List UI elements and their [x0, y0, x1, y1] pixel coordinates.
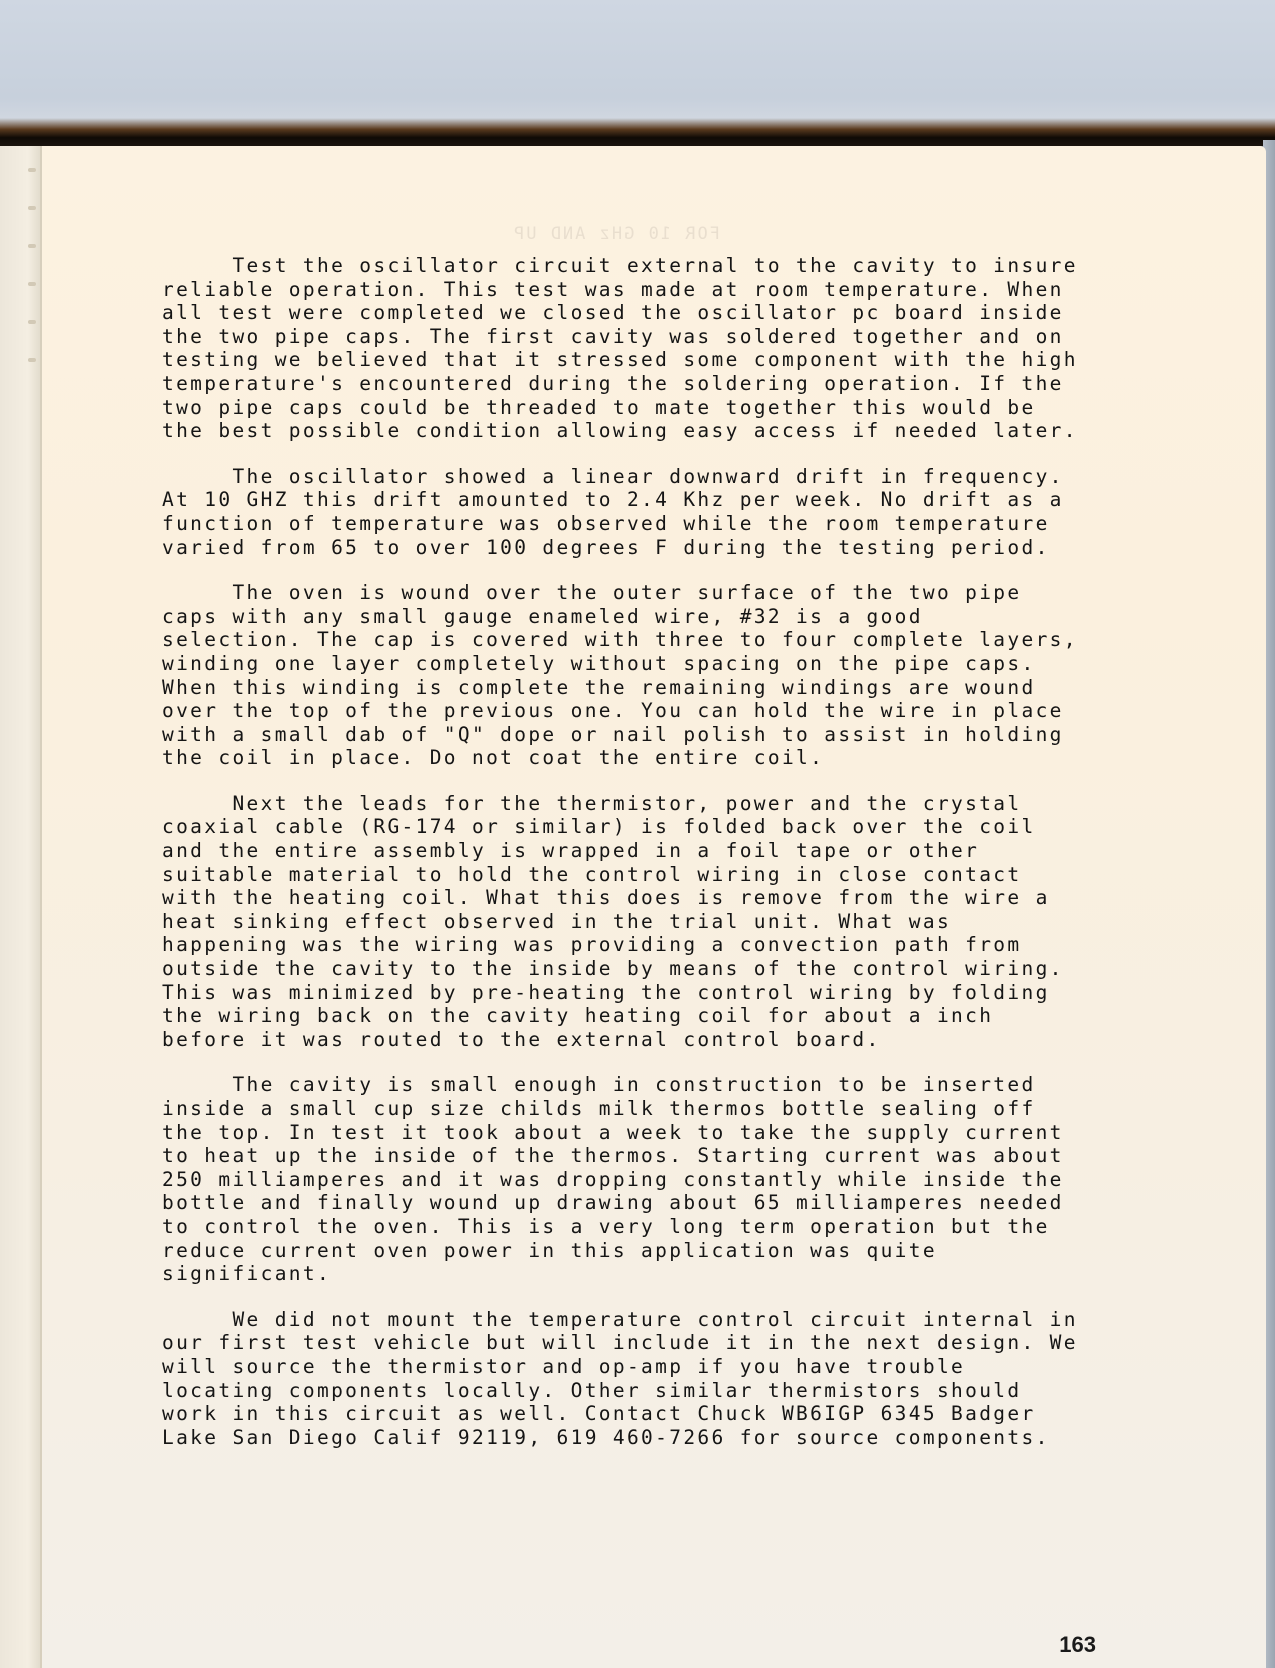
text-line: At 10 GHZ this drift amounted to 2.4 Khz…: [162, 488, 1162, 512]
text-line: winding one layer completely without spa…: [162, 652, 1162, 676]
binding-hole: [28, 282, 36, 286]
text-line: The oven is wound over the outer surface…: [162, 581, 1162, 605]
text-line: the coil in place. Do not coat the entir…: [162, 746, 1162, 770]
text-line: happening was the wiring was providing a…: [162, 933, 1162, 957]
paragraph: We did not mount the temperature control…: [162, 1308, 1162, 1450]
text-line: will source the thermistor and op-amp if…: [162, 1355, 1162, 1379]
page-top-shadow: [0, 118, 1275, 146]
text-line: The cavity is small enough in constructi…: [162, 1073, 1162, 1097]
binding-hole: [28, 206, 36, 210]
text-line: and the entire assembly is wrapped in a …: [162, 839, 1162, 863]
text-line: the wiring back on the cavity heating co…: [162, 1004, 1162, 1028]
binding-hole: [28, 320, 36, 324]
binding-hole: [28, 168, 36, 172]
text-line: to heat up the inside of the thermos. St…: [162, 1144, 1162, 1168]
text-line: locating components locally. Other simil…: [162, 1379, 1162, 1403]
paragraph: Next the leads for the thermistor, power…: [162, 792, 1162, 1052]
text-line: bottle and finally wound up drawing abou…: [162, 1191, 1162, 1215]
text-line: the two pipe caps. The first cavity was …: [162, 325, 1162, 349]
text-line: selection. The cap is covered with three…: [162, 628, 1162, 652]
text-line: inside a small cup size childs milk ther…: [162, 1097, 1162, 1121]
binding-hole: [28, 244, 36, 248]
text-line: all test were completed we closed the os…: [162, 301, 1162, 325]
text-line: heat sinking effect observed in the tria…: [162, 910, 1162, 934]
text-line: to control the oven. This is a very long…: [162, 1215, 1162, 1239]
text-line: reliable operation. This test was made a…: [162, 278, 1162, 302]
text-line: The oscillator showed a linear downward …: [162, 465, 1162, 489]
text-line: the top. In test it took about a week to…: [162, 1121, 1162, 1145]
text-line: varied from 65 to over 100 degrees F dur…: [162, 536, 1162, 560]
paragraph: The oven is wound over the outer surface…: [162, 581, 1162, 770]
text-line: We did not mount the temperature control…: [162, 1308, 1162, 1332]
paragraph: Test the oscillator circuit external to …: [162, 254, 1162, 443]
text-line: two pipe caps could be threaded to mate …: [162, 396, 1162, 420]
paragraph: The cavity is small enough in constructi…: [162, 1073, 1162, 1285]
text-line: temperature's encountered during the sol…: [162, 372, 1162, 396]
text-line: before it was routed to the external con…: [162, 1028, 1162, 1052]
text-line: 250 milliamperes and it was dropping con…: [162, 1168, 1162, 1192]
text-line: function of temperature was observed whi…: [162, 512, 1162, 536]
page-binding: [0, 146, 42, 1668]
text-line: Test the oscillator circuit external to …: [162, 254, 1162, 278]
text-line: outside the cavity to the inside by mean…: [162, 957, 1162, 981]
text-line: suitable material to hold the control wi…: [162, 863, 1162, 887]
binding-hole: [28, 358, 36, 362]
text-line: testing we believed that it stressed som…: [162, 348, 1162, 372]
text-line: This was minimized by pre-heating the co…: [162, 981, 1162, 1005]
text-line: caps with any small gauge enameled wire,…: [162, 605, 1162, 629]
text-line: Lake San Diego Calif 92119, 619 460-7266…: [162, 1426, 1162, 1450]
page-number: 163: [1059, 1632, 1096, 1658]
text-line: coaxial cable (RG-174 or similar) is fol…: [162, 815, 1162, 839]
text-line: reduce current oven power in this applic…: [162, 1239, 1162, 1263]
text-line: over the top of the previous one. You ca…: [162, 699, 1162, 723]
text-line: significant.: [162, 1262, 1162, 1286]
body-text: Test the oscillator circuit external to …: [162, 254, 1162, 1471]
text-line: the best possible condition allowing eas…: [162, 419, 1162, 443]
text-line: with the heating coil. What this does is…: [162, 886, 1162, 910]
document-page: FOR 10 GHz AND UP Test the oscillator ci…: [0, 146, 1266, 1668]
text-line: our first test vehicle but will include …: [162, 1331, 1162, 1355]
text-line: Next the leads for the thermistor, power…: [162, 792, 1162, 816]
text-line: When this winding is complete the remain…: [162, 676, 1162, 700]
bleed-through-header: FOR 10 GHz AND UP: [512, 224, 720, 244]
text-line: work in this circuit as well. Contact Ch…: [162, 1402, 1162, 1426]
text-line: with a small dab of "Q" dope or nail pol…: [162, 723, 1162, 747]
paragraph: The oscillator showed a linear downward …: [162, 465, 1162, 559]
